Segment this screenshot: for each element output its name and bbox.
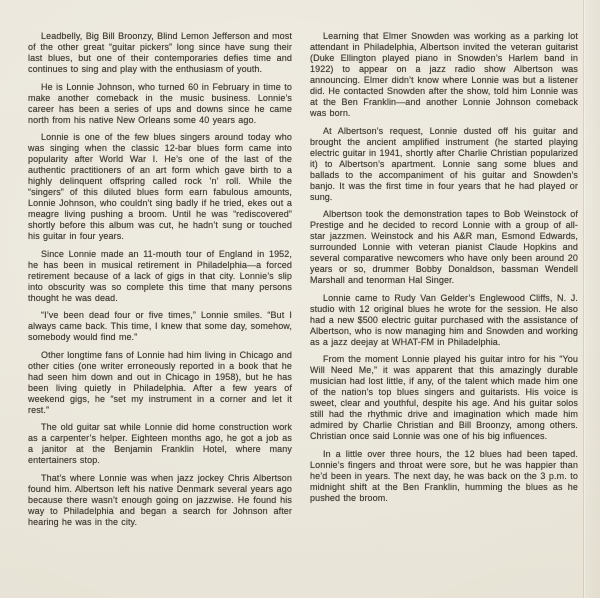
paragraph: The old guitar sat while Lonnie did home… [28,422,292,466]
paragraph: Lonnie is one of the few blues singers a… [28,132,292,242]
right-column: Learning that Elmer Snowden was working … [310,31,578,510]
paragraph: “I’ve been dead four or five times,” Lon… [28,310,292,343]
paragraph: Other longtime fans of Lonnie had him li… [28,350,292,416]
liner-notes-page: Leadbelly, Big Bill Broonzy, Blind Lemon… [0,0,600,598]
paragraph: He is Lonnie Johnson, who turned 60 in F… [28,82,292,126]
paragraph: Lonnie came to Rudy Van Gelder’s Englewo… [310,293,578,348]
paragraph: From the moment Lonnie played his guitar… [310,354,578,442]
paragraph: Learning that Elmer Snowden was working … [310,31,578,119]
paragraph: Leadbelly, Big Bill Broonzy, Blind Lemon… [28,31,292,75]
paragraph: At Albertson’s request, Lonnie dusted of… [310,126,578,203]
left-column: Leadbelly, Big Bill Broonzy, Blind Lemon… [28,31,292,534]
paragraph: That’s where Lonnie was when jazz jockey… [28,473,292,528]
paragraph: In a little over three hours, the 12 blu… [310,449,578,504]
scan-edge-shadow [584,0,600,598]
paragraph: Albertson took the demonstration tapes t… [310,209,578,286]
paragraph: Since Lonnie made an 11-mouth tour of En… [28,249,292,304]
